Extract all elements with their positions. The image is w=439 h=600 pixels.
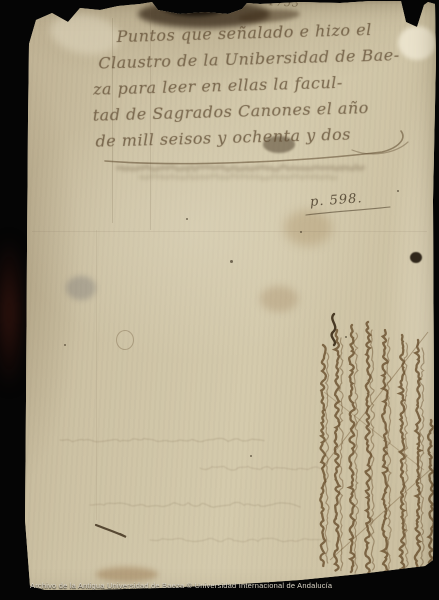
archival-photo: Puntos que señalado e hizo el Claustro d… [0, 0, 439, 600]
page-edge-shading [0, 0, 439, 600]
manuscript-page: Puntos que señalado e hizo el Claustro d… [0, 0, 439, 600]
background-shadow [0, 238, 24, 388]
folio-number: 130 [21, 3, 41, 16]
marginalia-vertical-writing-echo [433, 428, 437, 556]
archive-caption: Archivo de la Antigua Universidad de Bae… [30, 581, 350, 590]
